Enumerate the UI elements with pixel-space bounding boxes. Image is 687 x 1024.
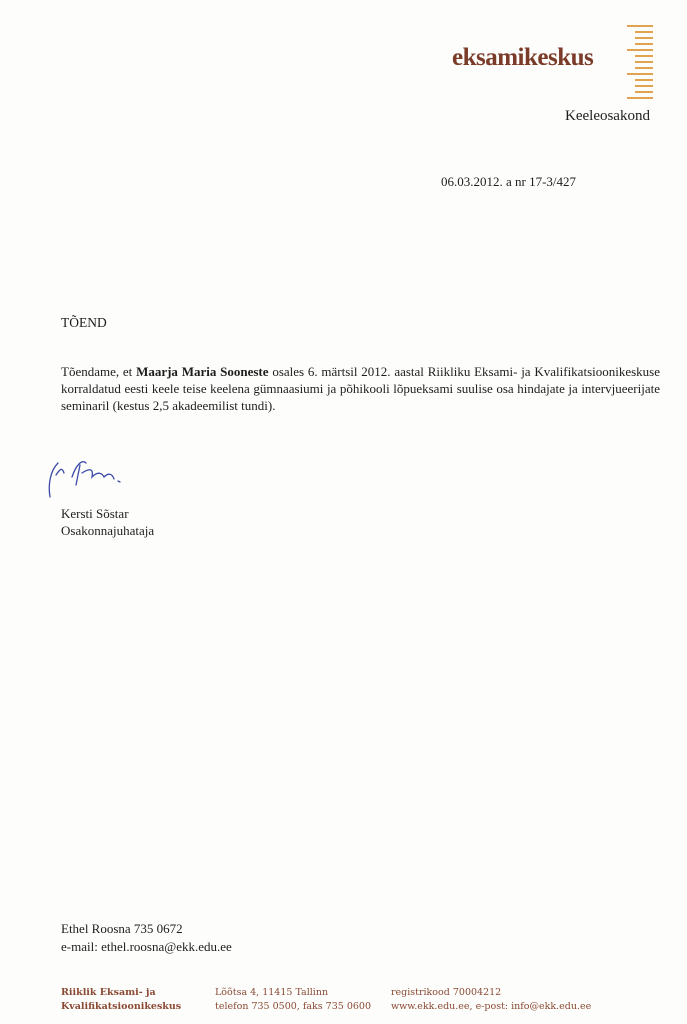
contact-email: e-mail: ethel.roosna@ekk.edu.ee	[61, 938, 232, 956]
body-prefix: Tõendame, et	[61, 364, 136, 379]
document-body: Tõendame, et Maarja Maria Sooneste osale…	[61, 363, 660, 414]
signatory-position: Osakonnajuhataja	[61, 522, 154, 539]
org-line-2: Kvalifikatsioonikeskus	[61, 1000, 181, 1014]
phone: telefon 735 0500, faks 735 0600	[215, 1000, 371, 1014]
contact-person: Ethel Roosna 735 0672	[61, 920, 232, 938]
person-name: Maarja Maria Sooneste	[136, 364, 268, 379]
footer-registry: registrikood 70004212 www.ekk.edu.ee, e-…	[391, 986, 591, 1014]
footer-address: Lõõtsa 4, 11415 Tallinn telefon 735 0500…	[215, 986, 371, 1014]
ruler-logo-icon	[627, 25, 653, 97]
org-line-1: Riiklik Eksami- ja	[61, 986, 181, 1000]
regcode: registrikood 70004212	[391, 986, 591, 1000]
signatory-block: Kersti Sõstar Osakonnajuhataja	[61, 505, 154, 539]
footer-organization: Riiklik Eksami- ja Kvalifikatsioonikesku…	[61, 986, 181, 1014]
document-title: TÕEND	[61, 315, 107, 331]
department: Keeleosakond	[565, 108, 650, 125]
reference-number: 06.03.2012. a nr 17-3/427	[441, 174, 576, 190]
address: Lõõtsa 4, 11415 Tallinn	[215, 986, 371, 1000]
contact-block: Ethel Roosna 735 0672 e-mail: ethel.roos…	[61, 920, 232, 956]
signatory-name: Kersti Sõstar	[61, 505, 154, 522]
signature	[46, 455, 136, 501]
logo: eksamikeskus	[452, 44, 593, 72]
web: www.ekk.edu.ee, e-post: info@ekk.edu.ee	[391, 1000, 591, 1014]
